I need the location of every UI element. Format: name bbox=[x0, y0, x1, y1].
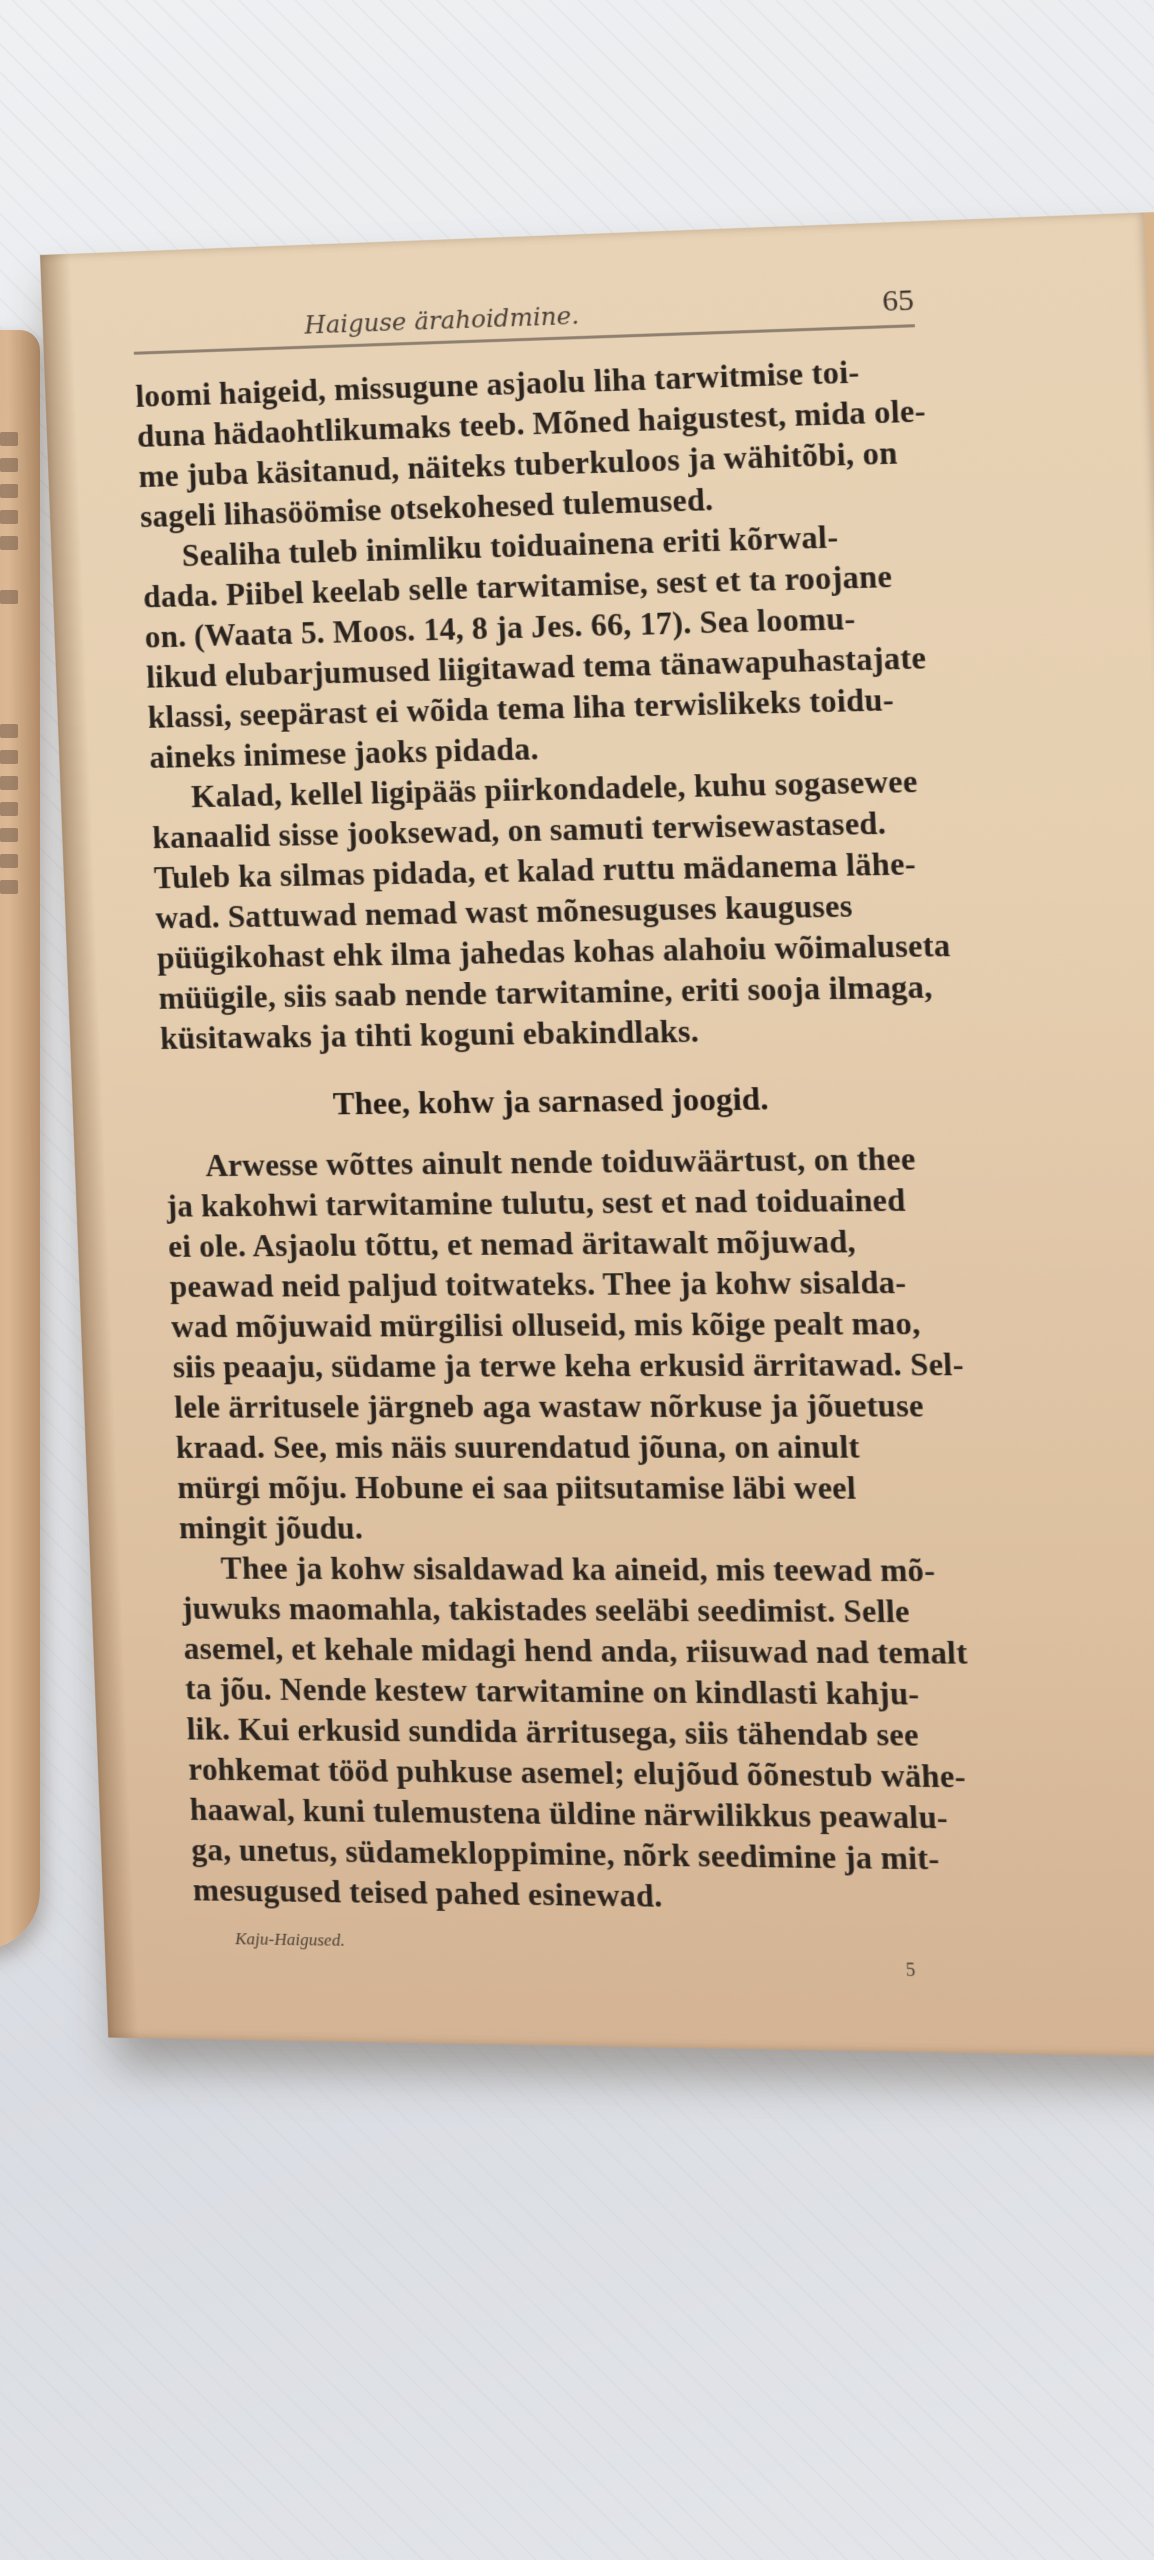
paragraph-1: loomi haigeid, missugune asjaolu liha ta… bbox=[135, 350, 922, 537]
page-text-block: Haiguse ärahoidmine. 65 loomi haigeid, m… bbox=[132, 283, 979, 1960]
running-header: Haiguse ärahoidmine. 65 bbox=[132, 283, 915, 355]
text-line: peawad neid paljud toitwateks. Thee ja k… bbox=[169, 1262, 953, 1307]
text-line: ja kakohwi tarwitamine tulutu, sest et n… bbox=[166, 1180, 950, 1227]
text-line: lele ärritusele järgneb aga wastaw nõrku… bbox=[174, 1386, 959, 1428]
page-paper: Haiguse ärahoidmine. 65 loomi haigeid, m… bbox=[40, 212, 1154, 2058]
signature-mark: 5 bbox=[905, 1959, 915, 1981]
page-number: 65 bbox=[882, 283, 915, 319]
text-line: kraad. See, mis näis suurendatud jõuna, … bbox=[175, 1427, 960, 1468]
text-line: asemel, et kehale midagi hend anda, riis… bbox=[183, 1629, 968, 1674]
paragraph-5: Thee ja kohw sisaldawad ka aineid, mis t… bbox=[180, 1548, 978, 1921]
text-line: mingit jõudu. bbox=[178, 1508, 963, 1550]
text-line: Arwesse wõttes ainult nende toiduwäärtus… bbox=[164, 1138, 948, 1186]
paragraph-2: Sealiha tuleb inimliku toiduainena eriti… bbox=[141, 514, 932, 778]
paragraph-4: Arwesse wõttes ainult nende toiduwäärtus… bbox=[164, 1138, 963, 1550]
text-line: siis peaaju, südame ja terwe keha erkusi… bbox=[172, 1344, 957, 1387]
text-line: mürgi mõju. Hobune ei saa piitsutamise l… bbox=[177, 1468, 962, 1509]
left-page-edge bbox=[0, 330, 40, 1950]
text-line: Thee ja kohw sisaldawad ka aineid, mis t… bbox=[180, 1548, 965, 1591]
paragraph-3: Kalad, kellel ligipääs piirkondadele, ku… bbox=[150, 761, 943, 1059]
left-page-text-fragments bbox=[0, 420, 30, 906]
section-heading: Thee, kohw ja sarnased joogid. bbox=[162, 1078, 946, 1125]
text-line: ta jõu. Nende kestew tarwitamine on kind… bbox=[184, 1669, 969, 1715]
text-line: ei ole. Asjaolu tõttu, et nemad äritawal… bbox=[167, 1221, 951, 1267]
text-line: juwuks maomahla, takistades seeläbi seed… bbox=[181, 1589, 966, 1633]
text-line: wad mõjuwaid mürgilisi olluseid, mis kõi… bbox=[171, 1303, 955, 1347]
signature-footer: Kaju-Haigused. bbox=[235, 1929, 980, 1960]
book-page: Haiguse ärahoidmine. 65 loomi haigeid, m… bbox=[40, 212, 1154, 2058]
running-head-title: Haiguse ärahoidmine. bbox=[304, 301, 580, 339]
text-line: lik. Kui erkusid sundida ärritusega, sii… bbox=[186, 1709, 971, 1756]
